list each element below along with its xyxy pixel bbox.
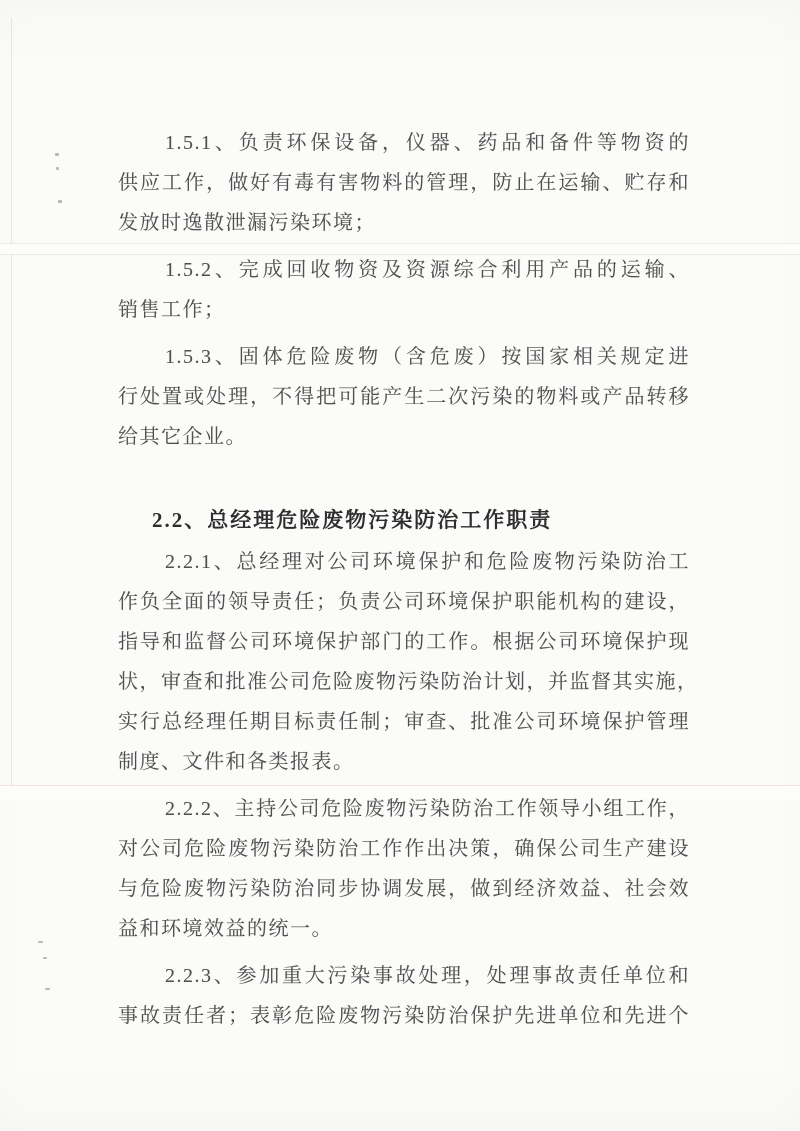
paragraph-1-5-2: 1.5.2、完成回收物资及资源综合利用产品的运输、 销售工作； [118,250,690,330]
scan-artifact-speck [55,153,59,156]
scan-artifact-speck [45,988,50,990]
text-line: 制度、文件和各类报表。 [118,742,690,782]
text-line: 销售工作； [118,290,690,330]
text-line: 对公司危险废物污染防治工作作出决策，确保公司生产建设 [118,829,690,869]
text-line: 事故责任者；表彰危险废物污染防治保护先进单位和先进个 [118,996,690,1036]
scan-artifact-speck [38,941,43,943]
scan-artifact-speck [43,957,47,959]
text-line: 作负全面的领导责任；负责公司环境保护职能机构的建设， [118,582,690,622]
text-line: 2.2.1、总经理对公司环境保护和危险废物污染防治工 [118,542,690,582]
text-line: 益和环境效益的统一。 [118,909,690,949]
scan-artifact-speck [58,200,62,203]
text-line: 与危险废物污染防治同步协调发展，做到经济效益、社会效 [118,869,690,909]
text-line: 指导和监督公司环境保护部门的工作。根据公司环境保护现 [118,622,690,662]
text-line: 1.5.1、负责环保设备，仪器、药品和备件等物资的 [118,123,690,163]
text-line: 1.5.3、固体危险废物（含危废）按国家相关规定进 [118,337,690,377]
document-page: 1.5.1、负责环保设备，仪器、药品和备件等物资的 供应工作，做好有毒有害物料的… [0,0,800,1131]
text-content: 1.5.1、负责环保设备，仪器、药品和备件等物资的 供应工作，做好有毒有害物料的… [118,123,690,1043]
section-heading-2-2: 2.2、总经理危险废物污染防治工作职责 [118,500,690,540]
text-line: 给其它企业。 [118,417,690,457]
paragraph-1-5-1: 1.5.1、负责环保设备，仪器、药品和备件等物资的 供应工作，做好有毒有害物料的… [118,123,690,243]
scan-artifact-vertical-line [11,18,12,790]
text-line: 发放时逸散泄漏污染环境； [118,203,690,243]
text-line: 行处置或处理，不得把可能产生二次污染的物料或产品转移 [118,377,690,417]
paragraph-2-2-1: 2.2.1、总经理对公司环境保护和危险废物污染防治工 作负全面的领导责任；负责公… [118,542,690,782]
paragraph-2-2-3: 2.2.3、参加重大污染事故处理，处理事故责任单位和 事故责任者；表彰危险废物污… [118,956,690,1036]
text-line: 2.2.3、参加重大污染事故处理，处理事故责任单位和 [118,956,690,996]
text-line: 供应工作，做好有毒有害物料的管理，防止在运输、贮存和 [118,163,690,203]
text-line: 实行总经理任期目标责任制；审查、批准公司环境保护管理 [118,702,690,742]
text-line: 状，审查和批准公司危险废物污染防治计划，并监督其实施， [118,662,690,702]
paragraph-1-5-3: 1.5.3、固体危险废物（含危废）按国家相关规定进 行处置或处理，不得把可能产生… [118,337,690,457]
text-line: 1.5.2、完成回收物资及资源综合利用产品的运输、 [118,250,690,290]
text-line: 2.2.2、主持公司危险废物污染防治工作领导小组工作， [118,789,690,829]
paragraph-2-2-2: 2.2.2、主持公司危险废物污染防治工作领导小组工作， 对公司危险废物污染防治工… [118,789,690,949]
scan-artifact-speck [56,167,59,170]
